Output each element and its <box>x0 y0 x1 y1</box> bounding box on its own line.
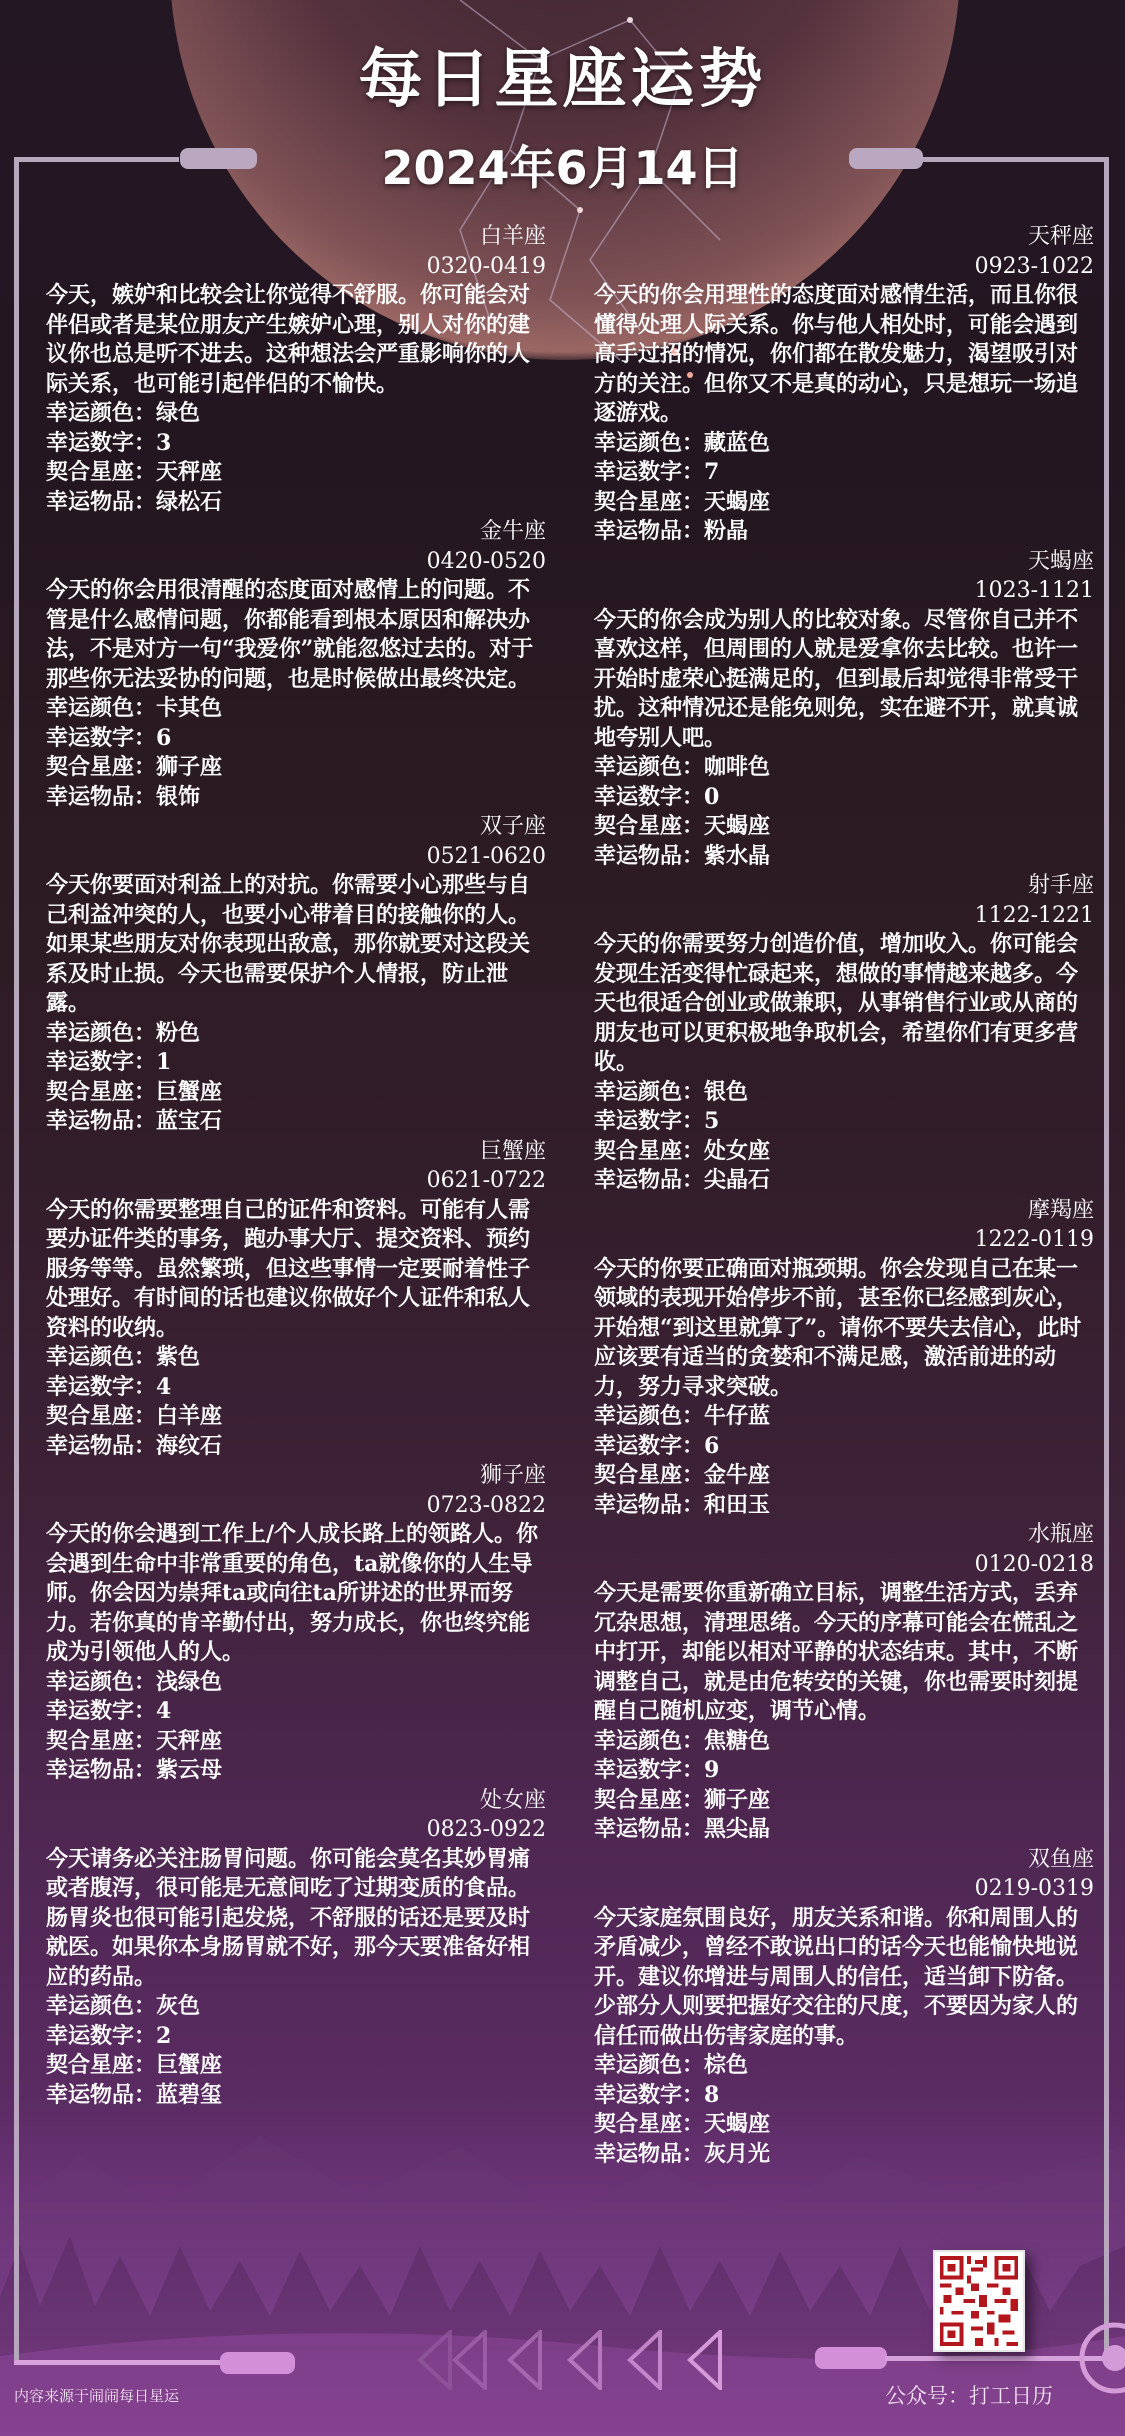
sign-description: 今天的你需要整理自己的证件和资料。可能有人需要办证件类的事务，跑办事大厅、提交资… <box>46 1196 546 1344</box>
matching-sign: 契合星座：天蝎座 <box>594 812 1094 842</box>
frame-bottom-left <box>14 2360 229 2365</box>
sign-date-range: 0420-0520 <box>46 547 546 577</box>
sign-description: 今天是需要你重新确立目标，调整生活方式，丢弃冗杂思想，清理思绪。今天的序幕可能会… <box>594 1579 1094 1727</box>
left-column: 白羊座 0320-0419 今天，嫉妒和比较会让你觉得不舒服。你可能会对伴侣或者… <box>46 222 546 2110</box>
sign-date-range: 1222-0119 <box>594 1225 1094 1255</box>
sign-name: 金牛座 <box>46 517 546 547</box>
matching-sign: 契合星座：天秤座 <box>46 1727 546 1757</box>
lucky-color: 幸运颜色：卡其色 <box>46 694 546 724</box>
lucky-color: 幸运颜色：紫色 <box>46 1343 546 1373</box>
frame-pill-bottom-left <box>220 2352 295 2374</box>
lucky-number: 幸运数字：9 <box>594 1756 1094 1786</box>
sign-date-range: 0823-0922 <box>46 1815 546 1845</box>
lucky-color: 幸运颜色：银色 <box>594 1078 1094 1108</box>
lucky-item: 幸运物品：尖晶石 <box>594 1166 1094 1196</box>
lucky-color: 幸运颜色：棕色 <box>594 2051 1094 2081</box>
lucky-item: 幸运物品：绿松石 <box>46 488 546 518</box>
lucky-item: 幸运物品：紫云母 <box>46 1756 546 1786</box>
sign-capricorn: 摩羯座 1222-0119 今天的你要正确面对瓶颈期。你会发现自己在某一领域的表… <box>594 1196 1094 1521</box>
lucky-color: 幸运颜色：咖啡色 <box>594 753 1094 783</box>
lucky-number: 幸运数字：4 <box>46 1373 546 1403</box>
sign-date-range: 0723-0822 <box>46 1491 546 1521</box>
lucky-color: 幸运颜色：粉色 <box>46 1019 546 1049</box>
sign-name: 狮子座 <box>46 1461 546 1491</box>
sign-scorpio: 天蝎座 1023-1121 今天的你会成为别人的比较对象。尽管你自己并不喜欢这样… <box>594 547 1094 872</box>
frame-pill-bottom-right <box>815 2347 887 2369</box>
sign-name: 双子座 <box>46 812 546 842</box>
target-circle-icon <box>1075 2318 1125 2398</box>
lucky-number: 幸运数字：0 <box>594 783 1094 813</box>
sign-name: 巨蟹座 <box>46 1137 546 1167</box>
sign-gemini: 双子座 0521-0620 今天你要面对利益上的对抗。你需要小心那些与自己利益冲… <box>46 812 546 1137</box>
sign-aquarius: 水瓶座 0120-0218 今天是需要你重新确立目标，调整生活方式，丢弃冗杂思想… <box>594 1520 1094 1845</box>
sign-name: 摩羯座 <box>594 1196 1094 1226</box>
sign-description: 今天你要面对利益上的对抗。你需要小心那些与自己利益冲突的人，也要小心带着目的接触… <box>46 871 546 1019</box>
sign-name: 白羊座 <box>46 222 546 252</box>
sign-date-range: 0120-0218 <box>594 1550 1094 1580</box>
lucky-number: 幸运数字：4 <box>46 1697 546 1727</box>
lucky-number: 幸运数字：3 <box>46 429 546 459</box>
lucky-item: 幸运物品：蓝宝石 <box>46 1107 546 1137</box>
lucky-color: 幸运颜色：藏蓝色 <box>594 429 1094 459</box>
wechat-account: 公众号：打工日历 <box>885 2380 1053 2410</box>
lucky-number: 幸运数字：2 <box>46 2022 546 2052</box>
lucky-item: 幸运物品：黑尖晶 <box>594 1815 1094 1845</box>
lucky-number: 幸运数字：5 <box>594 1107 1094 1137</box>
sign-name: 射手座 <box>594 871 1094 901</box>
sign-description: 今天的你要正确面对瓶颈期。你会发现自己在某一领域的表现开始停步不前，甚至你已经感… <box>594 1255 1094 1403</box>
matching-sign: 契合星座：天蝎座 <box>594 488 1094 518</box>
sign-name: 水瓶座 <box>594 1520 1094 1550</box>
matching-sign: 契合星座：狮子座 <box>46 753 546 783</box>
frame-right <box>1104 157 1109 2362</box>
sign-name: 天蝎座 <box>594 547 1094 577</box>
matching-sign: 契合星座：金牛座 <box>594 1461 1094 1491</box>
sign-date-range: 1023-1121 <box>594 576 1094 606</box>
sign-leo: 狮子座 0723-0822 今天的你会遇到工作上/个人成长路上的领路人。你会遇到… <box>46 1461 546 1786</box>
lucky-item: 幸运物品：银饰 <box>46 783 546 813</box>
sign-date-range: 0219-0319 <box>594 1874 1094 1904</box>
matching-sign: 契合星座：巨蟹座 <box>46 1078 546 1108</box>
lucky-item: 幸运物品：和田玉 <box>594 1491 1094 1521</box>
sign-date-range: 1122-1221 <box>594 901 1094 931</box>
matching-sign: 契合星座：天秤座 <box>46 458 546 488</box>
lucky-item: 幸运物品：粉晶 <box>594 517 1094 547</box>
lucky-number: 幸运数字：6 <box>46 724 546 754</box>
frame-left <box>14 157 19 2362</box>
sign-description: 今天的你会成为别人的比较对象。尽管你自己并不喜欢这样，但周围的人就是爱拿你去比较… <box>594 606 1094 754</box>
lucky-item: 幸运物品：海纹石 <box>46 1432 546 1462</box>
matching-sign: 契合星座：处女座 <box>594 1137 1094 1167</box>
sign-date-range: 0320-0419 <box>46 252 546 282</box>
sign-description: 今天家庭氛围良好，朋友关系和谐。你和周围人的矛盾减少，曾经不敢说出口的话今天也能… <box>594 1904 1094 2052</box>
lucky-item: 幸运物品：灰月光 <box>594 2140 1094 2170</box>
lucky-color: 幸运颜色：绿色 <box>46 399 546 429</box>
sign-description: 今天的你需要努力创造价值，增加收入。你可能会发现生活变得忙碌起来，想做的事情越来… <box>594 930 1094 1078</box>
sign-description: 今天请务必关注肠胃问题。你可能会莫名其妙胃痛或者腹泻，很可能是无意间吃了过期变质… <box>46 1845 546 1993</box>
lucky-number: 幸运数字：8 <box>594 2081 1094 2111</box>
sign-name: 天秤座 <box>594 222 1094 252</box>
sign-description: 今天的你会用很清醒的态度面对感情上的问题。不管是什么感情问题，你都能看到根本原因… <box>46 576 546 694</box>
lucky-number: 幸运数字：1 <box>46 1048 546 1078</box>
right-column: 天秤座 0923-1022 今天的你会用理性的态度面对感情生活，而且你很懂得处理… <box>594 222 1094 2169</box>
matching-sign: 契合星座：狮子座 <box>594 1786 1094 1816</box>
matching-sign: 契合星座：白羊座 <box>46 1402 546 1432</box>
lucky-color: 幸运颜色：浅绿色 <box>46 1668 546 1698</box>
lucky-number: 幸运数字：7 <box>594 458 1094 488</box>
sign-taurus: 金牛座 0420-0520 今天的你会用很清醒的态度面对感情上的问题。不管是什么… <box>46 517 546 812</box>
sign-date-range: 0621-0722 <box>46 1166 546 1196</box>
sign-pisces: 双鱼座 0219-0319 今天家庭氛围良好，朋友关系和谐。你和周围人的矛盾减少… <box>594 1845 1094 2170</box>
sign-date-range: 0923-1022 <box>594 252 1094 282</box>
sign-aries: 白羊座 0320-0419 今天，嫉妒和比较会让你觉得不舒服。你可能会对伴侣或者… <box>46 222 546 517</box>
sign-description: 今天的你会遇到工作上/个人成长路上的领路人。你会遇到生命中非常重要的角色，ta就… <box>46 1520 546 1668</box>
sign-description: 今天的你会用理性的态度面对感情生活，而且你很懂得处理人际关系。你与他人相处时，可… <box>594 281 1094 429</box>
lucky-number: 幸运数字：6 <box>594 1432 1094 1462</box>
page-date: 2024年6月14日 <box>0 132 1125 198</box>
sign-cancer: 巨蟹座 0621-0722 今天的你需要整理自己的证件和资料。可能有人需要办证件… <box>46 1137 546 1462</box>
lucky-item: 幸运物品：蓝碧玺 <box>46 2081 546 2111</box>
content-source: 内容来源于闹闹每日星运 <box>14 2385 179 2406</box>
sign-date-range: 0521-0620 <box>46 842 546 872</box>
matching-sign: 契合星座：天蝎座 <box>594 2110 1094 2140</box>
sign-sagittarius: 射手座 1122-1221 今天的你需要努力创造价值，增加收入。你可能会发现生活… <box>594 871 1094 1196</box>
lucky-item: 幸运物品：紫水晶 <box>594 842 1094 872</box>
lucky-color: 幸运颜色：牛仔蓝 <box>594 1402 1094 1432</box>
sign-name: 双鱼座 <box>594 1845 1094 1875</box>
matching-sign: 契合星座：巨蟹座 <box>46 2051 546 2081</box>
qr-code-icon[interactable] <box>933 2250 1025 2352</box>
lucky-color: 幸运颜色：焦糖色 <box>594 1727 1094 1757</box>
sign-virgo: 处女座 0823-0922 今天请务必关注肠胃问题。你可能会莫名其妙胃痛或者腹泻… <box>46 1786 546 2111</box>
lucky-color: 幸运颜色：灰色 <box>46 1992 546 2022</box>
page-title: 每日星座运势 <box>0 28 1125 120</box>
triangle-arrows-decoration <box>410 2330 770 2390</box>
sign-name: 处女座 <box>46 1786 546 1816</box>
sign-description: 今天，嫉妒和比较会让你觉得不舒服。你可能会对伴侣或者是某位朋友产生嫉妒心理，别人… <box>46 281 546 399</box>
sign-libra: 天秤座 0923-1022 今天的你会用理性的态度面对感情生活，而且你很懂得处理… <box>594 222 1094 547</box>
